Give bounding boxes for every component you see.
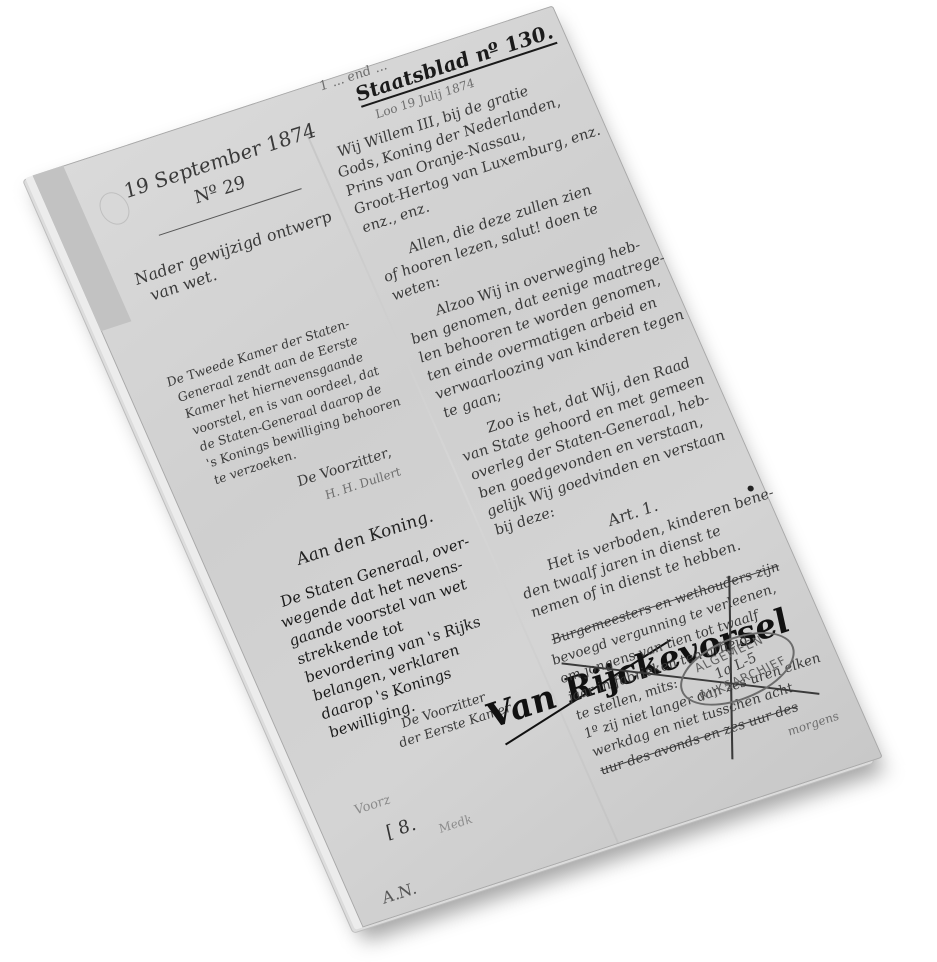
preamble: Wij Willem III, bij de gratie Gods, Koni… — [33, 5, 553, 175]
pencil-note: Voorz — [352, 793, 393, 818]
pencil-note: A.N. — [379, 879, 420, 907]
pencil-note: [ 8. — [382, 814, 419, 843]
binding-strip — [33, 166, 132, 332]
document-page: 1 ... end ... Staatsblad nº 130. 19 Sept… — [25, 5, 883, 930]
heading-line-1: Nader gewijzigd ontwerp — [131, 207, 335, 288]
photo-stage: 1 ... end ... Staatsblad nº 130. 19 Sept… — [0, 0, 937, 962]
pencil-note: Medk — [436, 812, 474, 836]
article-line: Het is verboden, kinderen bene- — [545, 485, 777, 573]
